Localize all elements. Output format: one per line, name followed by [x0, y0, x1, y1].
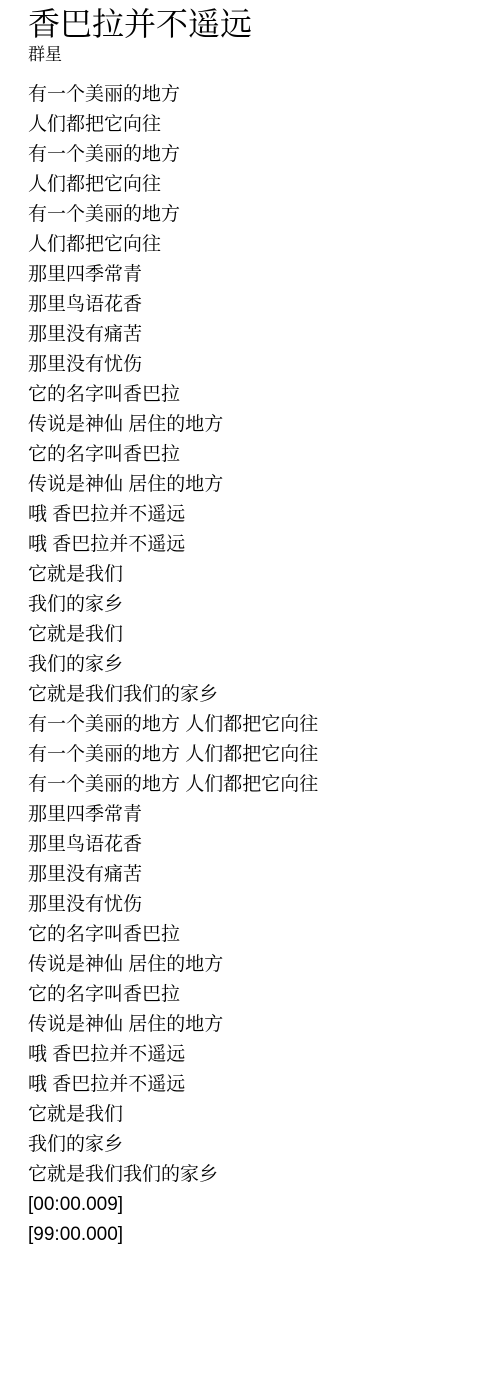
lyric-line: 有一个美丽的地方 人们都把它向往: [28, 710, 480, 740]
lyric-line: 它的名字叫香巴拉: [28, 380, 480, 410]
lyric-line: 那里没有痛苦: [28, 860, 480, 890]
lyric-line: 那里没有忧伤: [28, 350, 480, 380]
lyric-line: 有一个美丽的地方: [28, 80, 480, 110]
lyric-line: 哦 香巴拉并不遥远: [28, 1070, 480, 1100]
lyric-line: 我们的家乡: [28, 590, 480, 620]
lyric-line: [99:00.000]: [28, 1220, 480, 1250]
song-title: 香巴拉并不遥远: [28, 4, 480, 44]
lyric-line: 它的名字叫香巴拉: [28, 980, 480, 1010]
lyric-line: 我们的家乡: [28, 1130, 480, 1160]
lyric-line: 有一个美丽的地方 人们都把它向往: [28, 740, 480, 770]
lyric-line: 传说是神仙 居住的地方: [28, 410, 480, 440]
lyric-line: 那里没有痛苦: [28, 320, 480, 350]
lyric-line: 它的名字叫香巴拉: [28, 920, 480, 950]
lyric-line: 传说是神仙 居住的地方: [28, 470, 480, 500]
lyric-line: 它就是我们: [28, 560, 480, 590]
lyric-line: 它的名字叫香巴拉: [28, 440, 480, 470]
lyric-line: 人们都把它向往: [28, 230, 480, 260]
lyric-line: 传说是神仙 居住的地方: [28, 950, 480, 980]
lyric-line: 哦 香巴拉并不遥远: [28, 530, 480, 560]
lyric-line: 哦 香巴拉并不遥远: [28, 1040, 480, 1070]
lyric-line: 那里四季常青: [28, 800, 480, 830]
lyric-line: 那里四季常青: [28, 260, 480, 290]
lyric-line: 人们都把它向往: [28, 170, 480, 200]
lyric-line: 有一个美丽的地方 人们都把它向往: [28, 770, 480, 800]
lyric-line: 它就是我们我们的家乡: [28, 1160, 480, 1190]
lyric-line: 我们的家乡: [28, 650, 480, 680]
lyric-line: 它就是我们我们的家乡: [28, 680, 480, 710]
lyric-line: 它就是我们: [28, 620, 480, 650]
lyric-line: 那里鸟语花香: [28, 830, 480, 860]
lyric-line: 哦 香巴拉并不遥远: [28, 500, 480, 530]
lyric-line: 传说是神仙 居住的地方: [28, 1010, 480, 1040]
lyric-line: 那里没有忧伤: [28, 890, 480, 920]
lyric-line: 它就是我们: [28, 1100, 480, 1130]
artist-name: 群星: [28, 44, 480, 66]
lyric-line: 那里鸟语花香: [28, 290, 480, 320]
lyrics-list: 有一个美丽的地方人们都把它向往有一个美丽的地方人们都把它向往有一个美丽的地方人们…: [28, 80, 480, 1250]
lyric-line: 有一个美丽的地方: [28, 140, 480, 170]
lyrics-page: 香巴拉并不遥远 群星 有一个美丽的地方人们都把它向往有一个美丽的地方人们都把它向…: [0, 0, 500, 1250]
lyric-line: 人们都把它向往: [28, 110, 480, 140]
lyric-line: 有一个美丽的地方: [28, 200, 480, 230]
lyric-line: [00:00.009]: [28, 1190, 480, 1220]
